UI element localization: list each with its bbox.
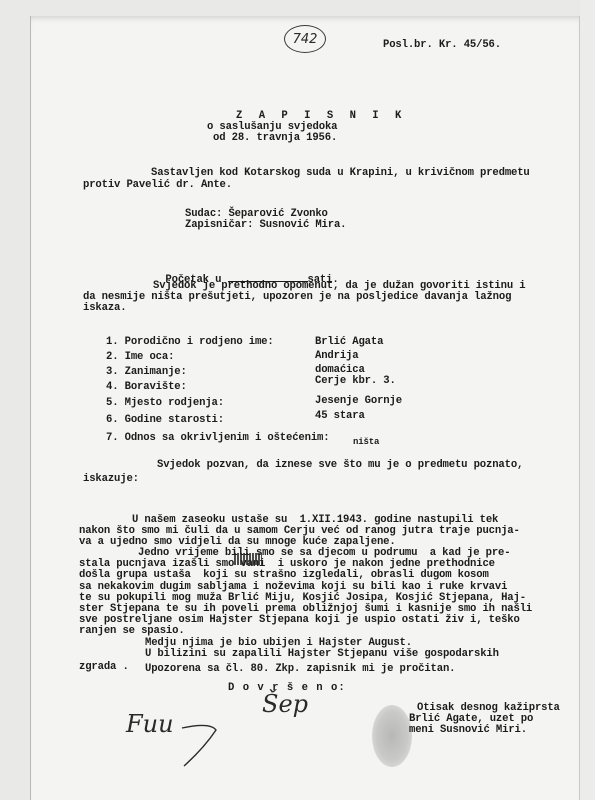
field-value: Andrija (315, 351, 358, 362)
field-label: 2. Ime oca: (106, 352, 174, 363)
testimony-intro: Svjedok pozvan, da iznese sve što mu je … (157, 460, 523, 471)
case-reference: Posl.br. Kr. 45/56. (383, 40, 501, 51)
judge-signature: Šep (262, 690, 308, 718)
fingerprint-note: meni Susnović Miri. (409, 725, 527, 736)
testimony-line: ranjen se spasio. (79, 626, 185, 637)
field-value: Cerje kbr. 3. (315, 376, 396, 387)
warning-text: da nesmije ništa prešutjeti, upozoren je… (83, 292, 511, 303)
field-label: 6. Godine starosti: (106, 415, 224, 426)
field-value: 45 stara (315, 411, 365, 422)
document-date: od 28. travnja 1956. (213, 133, 337, 144)
field-value: ništa (353, 437, 379, 448)
signature-flourish (180, 722, 220, 772)
testimony-line: U bilizini su zapalili Hajster Stjepanu … (145, 649, 499, 660)
witness-signature: Fuu (126, 710, 174, 738)
testimony-line: došla grupa ustaša koji su strašno izgle… (79, 570, 489, 581)
field-label: 3. Zanimanje: (106, 367, 187, 378)
field-label: 4. Boravište: (106, 382, 187, 393)
scan-margin (580, 0, 595, 800)
intro-line: protiv Pavelić dr. Ante. (83, 180, 232, 191)
fingerprint-impression (372, 705, 412, 767)
clerk-name: Zapisničar: Susnović Mira. (185, 220, 346, 231)
field-label: 1. Porodično i rodjeno ime: (106, 337, 274, 348)
testimony-line: Upozorena sa čl. 80. Zkp. zapisnik mi je… (145, 664, 455, 675)
field-label: 5. Mjesto rodjenja: (106, 398, 224, 409)
typed-strikeout (234, 553, 262, 565)
archive-number-stamp: 742 (284, 25, 326, 53)
field-label: 7. Odnos sa okrivljenim i oštećenim: (106, 433, 329, 444)
field-value: Brlić Agata (315, 337, 383, 348)
testimony-intro: iskazuje: (83, 474, 139, 485)
warning-text: iskaza. (83, 303, 126, 314)
intro-line: Sastavljen kod Kotarskog suda u Krapini,… (151, 168, 530, 179)
field-value: Jesenje Gornje (315, 396, 402, 407)
testimony-line: zgrada . (79, 662, 129, 673)
